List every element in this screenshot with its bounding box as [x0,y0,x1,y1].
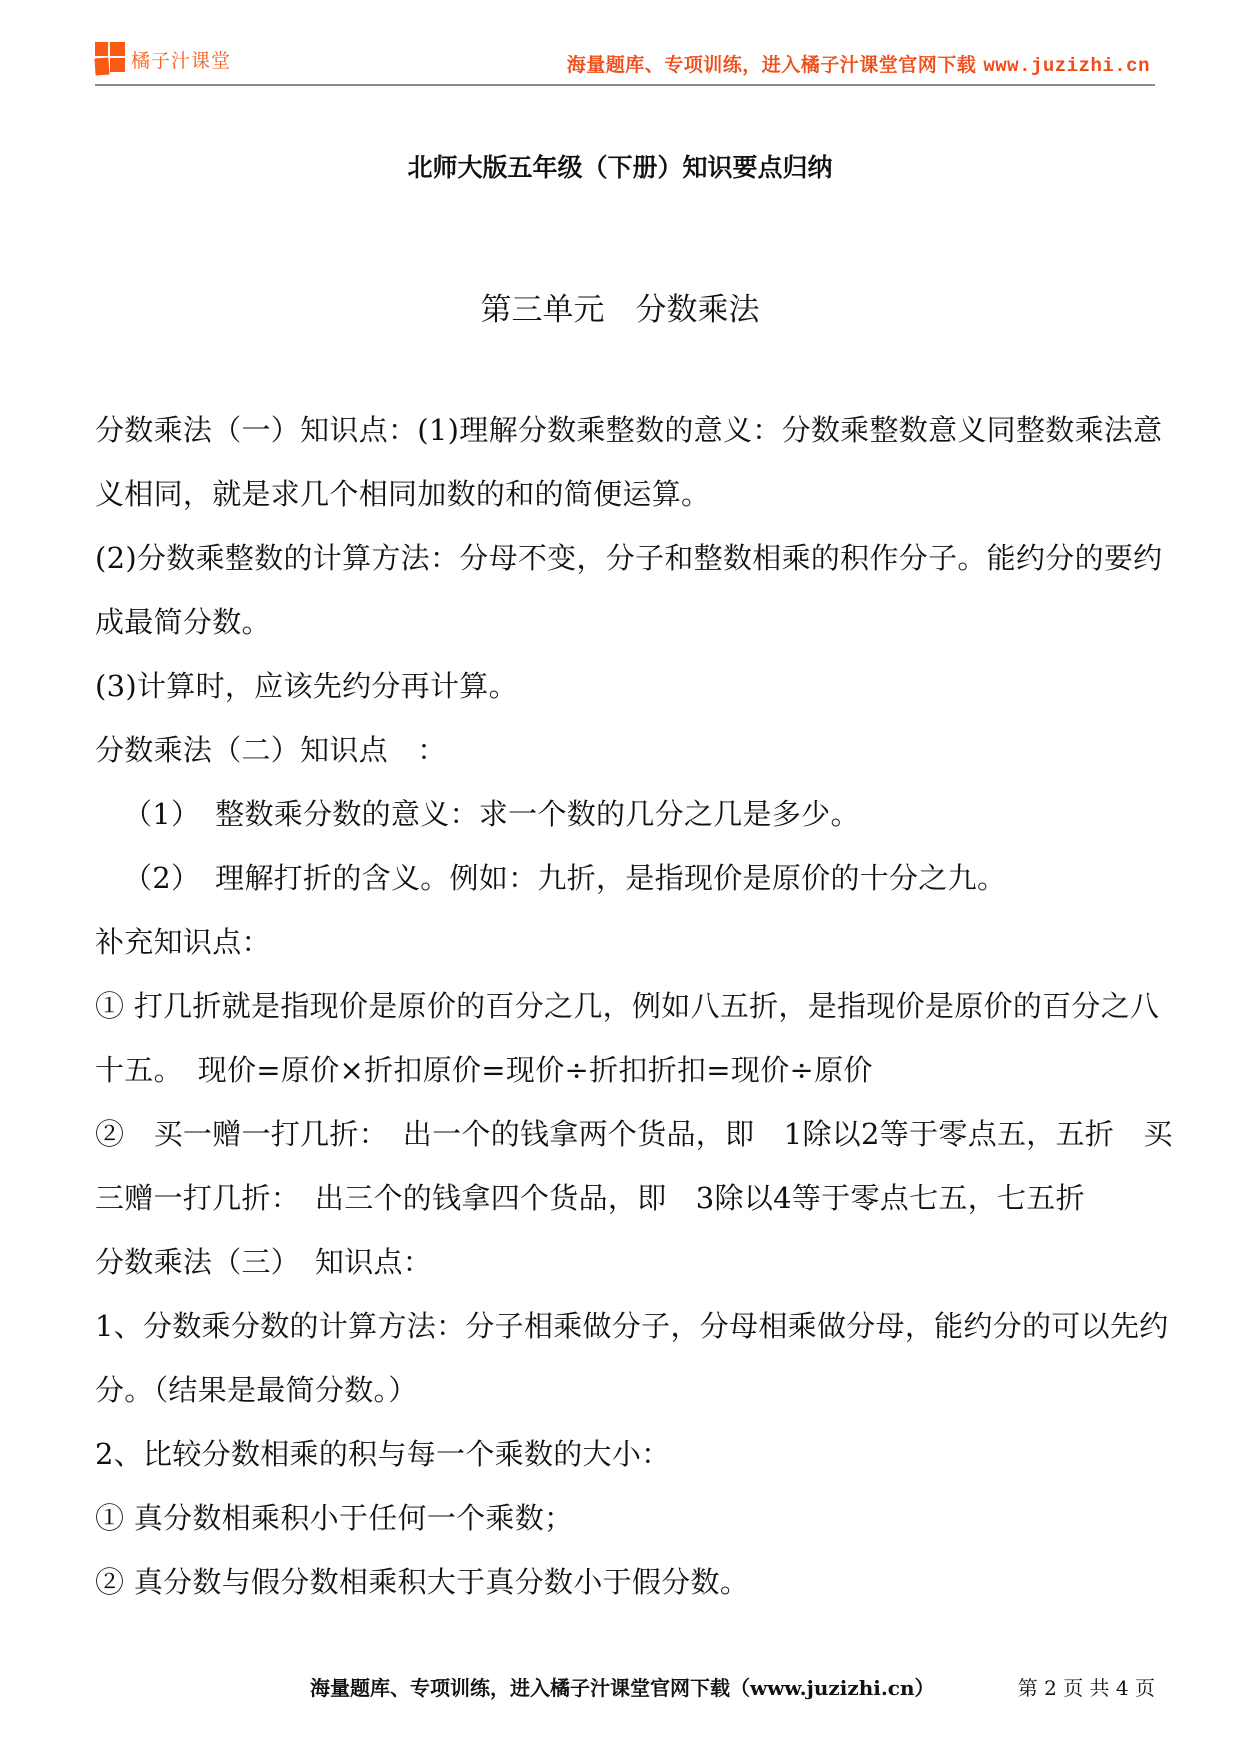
page-footer: 海量题库、专项训练，进入橘子汁课堂官网下载（www.juzizhi.cn） 第 … [310,1672,1155,1701]
list-item: 2、比较分数相乘的积与每一个乘数的大小： [95,1430,1155,1494]
list-item: 1、分数乘分数的计算方法：分子相乘做分子，分母相乘做分母，能约分的可以先约 [95,1302,1155,1366]
section-heading: 分数乘法（三） 知识点： [95,1238,1155,1302]
list-item: ② 真分数与假分数相乘积大于真分数小于假分数。 [95,1558,1155,1622]
unit-title: 第三单元 分数乘法 [0,284,1240,329]
header-slogan: 海量题库、专项训练，进入橘子汁课堂官网下载 www.juzizhi.cn [567,50,1150,77]
text-line: 十五。 现价=原价×折扣原价=现价÷折扣折扣=现价÷原价 [95,1046,1155,1110]
text-line: 三赠一打几折： 出三个的钱拿四个货品，即 3除以4等于零点七五，七五折 [95,1174,1155,1238]
header-divider [95,84,1155,86]
header-slogan-text: 海量题库、专项训练，进入橘子汁课堂官网下载 [567,54,977,76]
text-line: 分数乘法（一）知识点：(1)理解分数乘整数的意义：分数乘整数意义同整数乘法意 [95,406,1155,470]
list-item: ① 打几折就是指现价是原价的百分之几，例如八五折，是指现价是原价的百分之八 [95,982,1155,1046]
list-item: （1） 整数乘分数的意义：求一个数的几分之几是多少。 [95,790,1155,854]
section-heading: 分数乘法（二）知识点 ： [95,726,1155,790]
list-item: （2） 理解打折的含义。例如：九折，是指现价是原价的十分之九。 [95,854,1155,918]
document-body: 分数乘法（一）知识点：(1)理解分数乘整数的意义：分数乘整数意义同整数乘法意 义… [95,406,1155,1622]
logo-squares-icon [95,42,125,76]
text-line: (2)分数乘整数的计算方法：分母不变，分子和整数相乘的积作分子。能约分的要约 [95,534,1155,598]
text-line: 分。（结果是最简分数。） [95,1366,1155,1430]
text-line: 义相同，就是求几个相同加数的和的简便运算。 [95,470,1155,534]
page-number: 第 2 页 共 4 页 [1018,1672,1155,1701]
header-url-link[interactable]: www.juzizhi.cn [983,55,1150,77]
list-item: ① 真分数相乘积小于任何一个乘数； [95,1494,1155,1558]
section-heading: 补充知识点： [95,918,1155,982]
logo-text: 橘子汁课堂 [131,46,231,73]
document-title: 北师大版五年级（下册）知识要点归纳 [0,148,1240,184]
text-line: 成最简分数。 [95,598,1155,662]
footer-slogan: 海量题库、专项训练，进入橘子汁课堂官网下载（www.juzizhi.cn） [310,1676,935,1700]
page-header: 橘子汁课堂 海量题库、专项训练，进入橘子汁课堂官网下载 www.juzizhi.… [95,36,1150,86]
text-line: (3)计算时，应该先约分再计算。 [95,662,1155,726]
list-item: ② 买一赠一打几折： 出一个的钱拿两个货品，即 1除以2等于零点五，五折 买 [95,1110,1155,1174]
brand-logo[interactable]: 橘子汁课堂 [95,42,231,76]
